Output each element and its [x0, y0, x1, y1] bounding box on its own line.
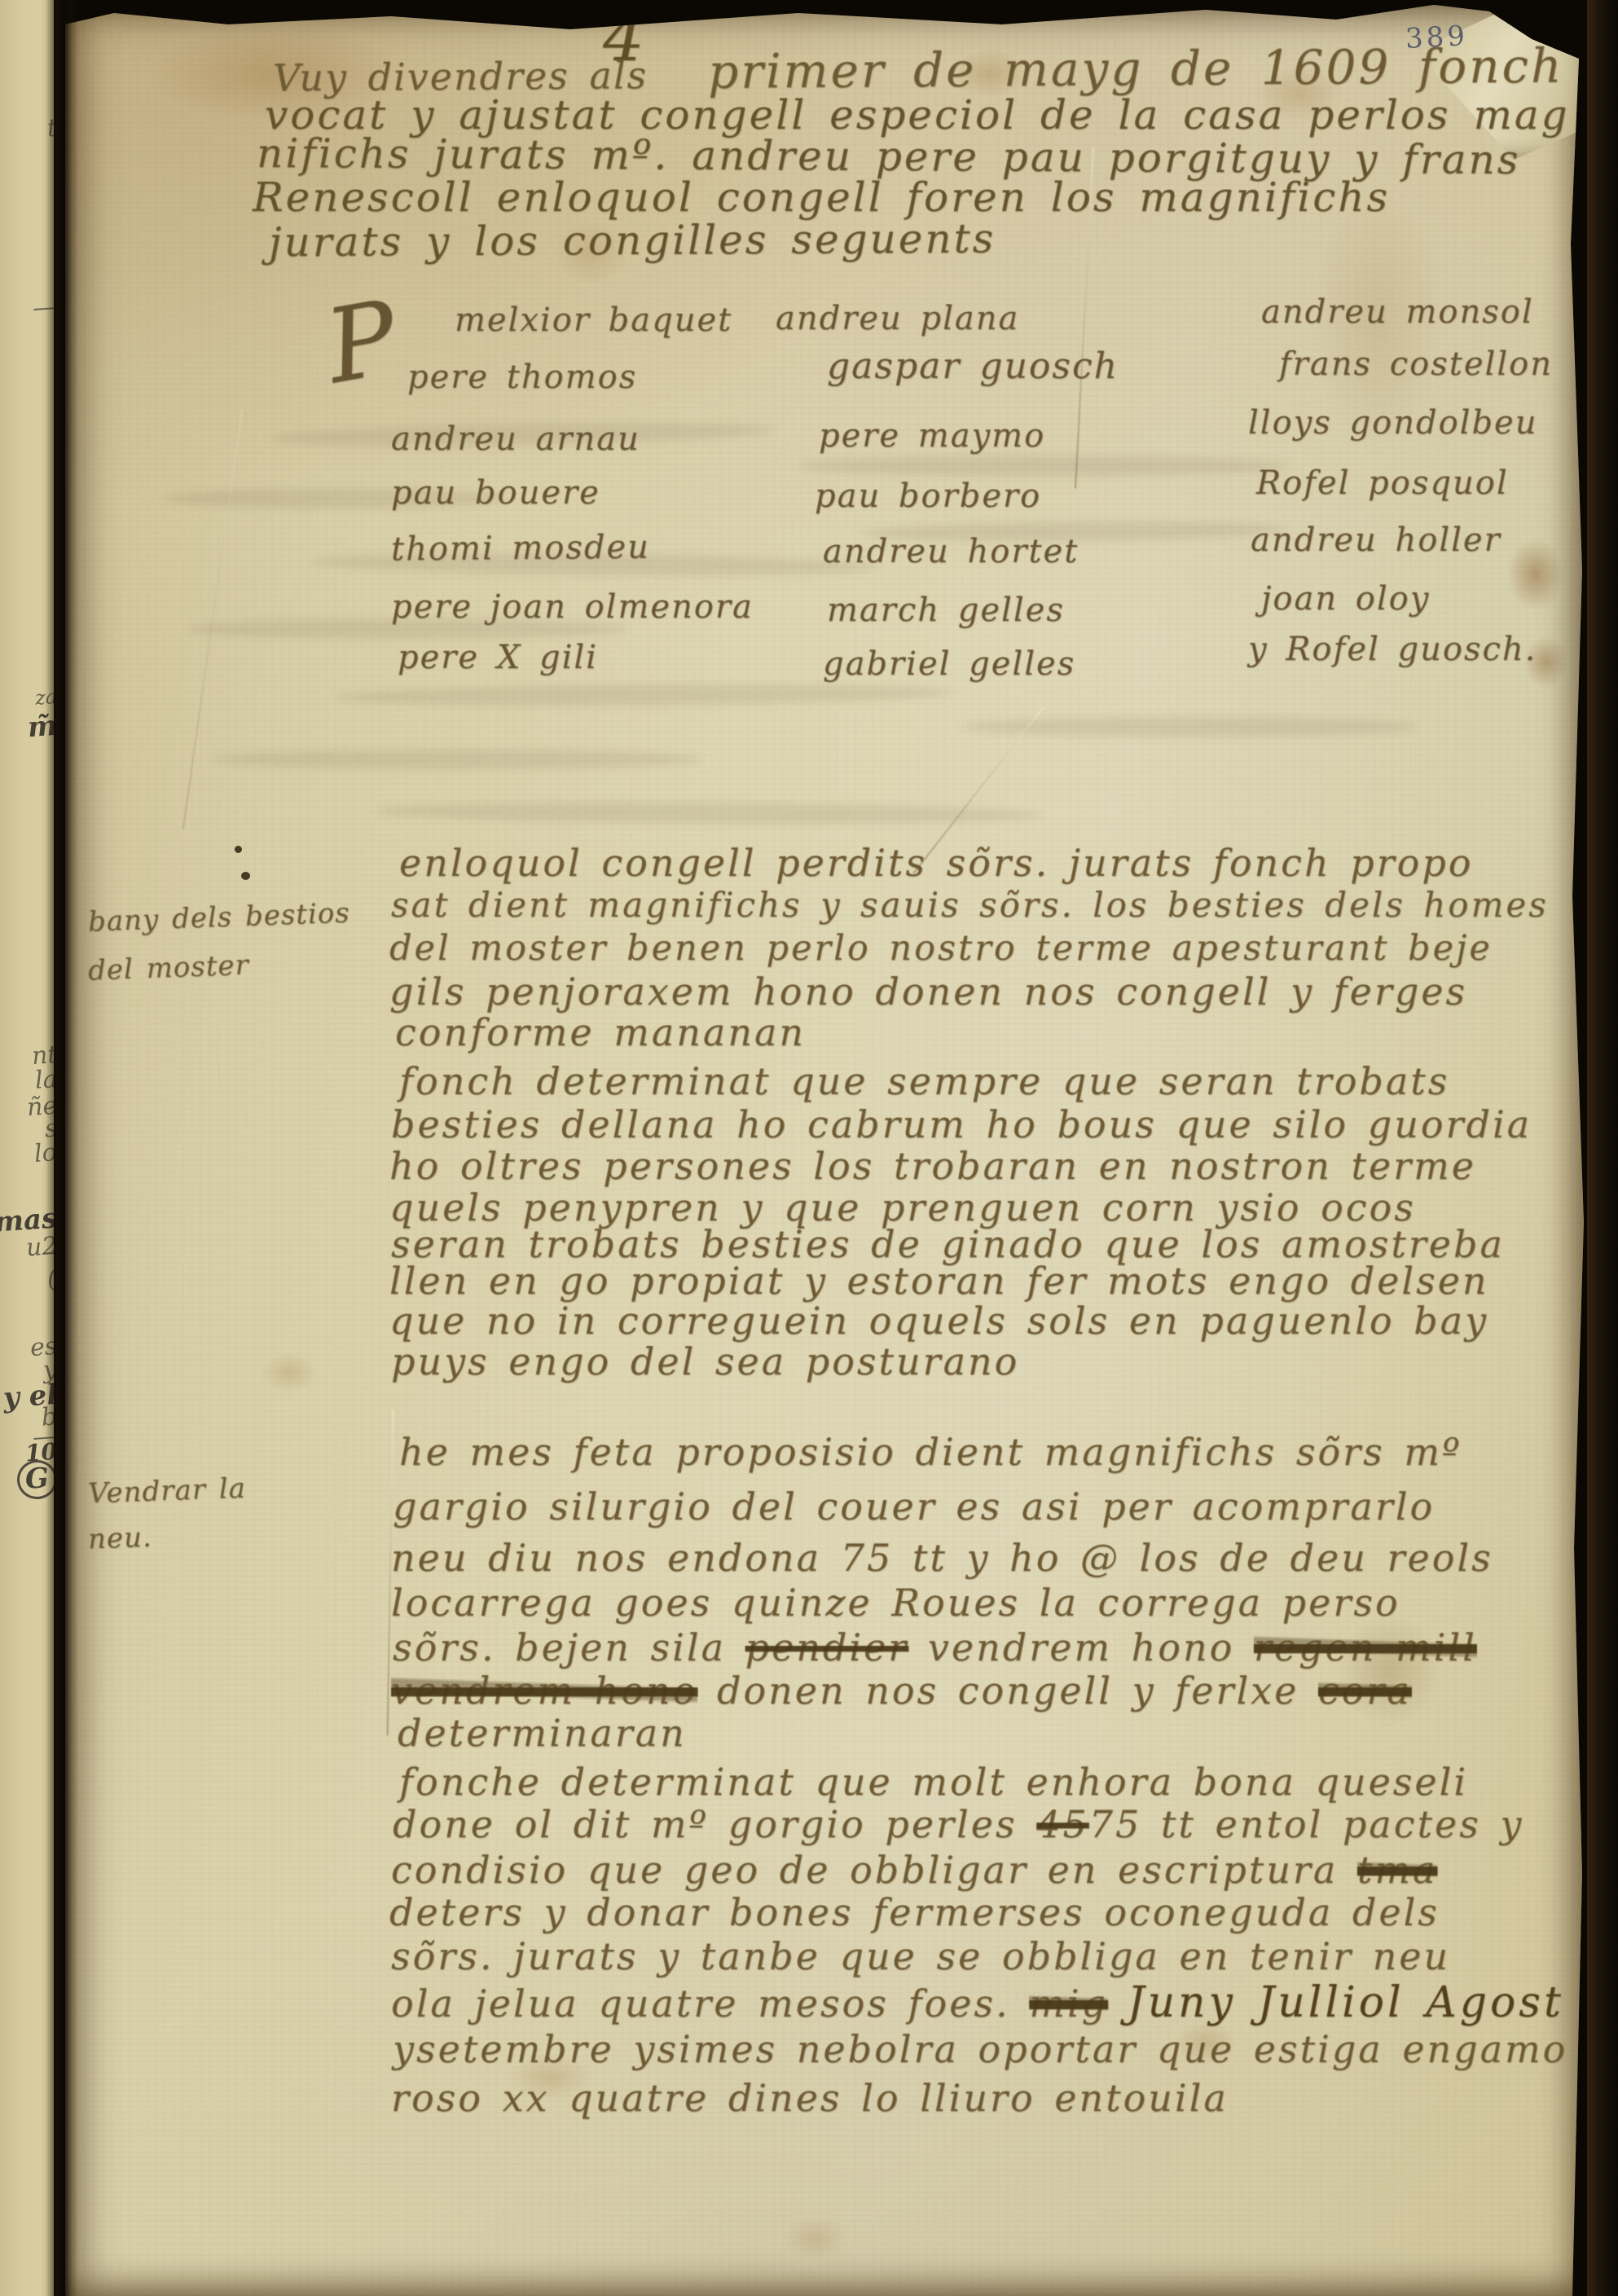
attendee-name: lloys gondolbeu [1248, 404, 1537, 442]
attendee-name: andreu monsol [1261, 293, 1534, 331]
resolution-neu-line: roso xx quatre dines lo lliuro entouila [391, 2076, 1229, 2120]
attendee-name: pere maymo [819, 417, 1045, 455]
proposal-neu-line: determinaran [398, 1711, 687, 1755]
attendee-name: pere thomos [407, 358, 637, 396]
proposal-neu-line: neu diu nos endona 75 tt y ho @ los de d… [391, 1536, 1493, 1580]
struck-text: tma [1357, 1848, 1438, 1892]
struck-text: 45 [1036, 1802, 1089, 1846]
proposal-neu-line: he mes feta proposisio dient magnifichs … [399, 1430, 1462, 1474]
resolution-neu-line-struck: done ol dit mº gorgio perles 4575 tt ent… [393, 1802, 1523, 1846]
proposal-neu-line: gargio silurgio del couer es asi per aco… [393, 1484, 1435, 1528]
attendee-name: pau borbero [815, 477, 1041, 515]
resolution-neu-line: ysetembre ysimes nebolra oportar que est… [393, 2027, 1567, 2071]
attendee-name: andreu hortet [823, 533, 1079, 570]
proposal-bestiar-line: gils penjoraxem hono donen nos congell y… [389, 970, 1467, 1014]
proposal-bestiar-line: del moster benen perlo nostro terme apes… [389, 928, 1493, 969]
attendee-name: march gelles [827, 592, 1065, 629]
proposal-neu-line-struck: vendrem hono donen nos congell y ferlxe … [391, 1669, 1412, 1713]
resolution-bestiar-line: puys engo del sea posturano [391, 1339, 1019, 1383]
month-names: Juny Julliol Agost [1128, 1978, 1564, 2027]
attendee-name: gabriel gelles [823, 645, 1075, 683]
folio-number: 389 [1405, 20, 1469, 55]
text-segment: sõrs. bejen sila [393, 1625, 745, 1669]
attendee-name: thomi mosdeu [391, 529, 650, 569]
proposal-bestiar-line: sat dient magnifichs y sauis sõrs. los b… [391, 885, 1549, 925]
text-segment: ola jelua quatre mesos foes. [391, 1982, 1029, 2025]
resolution-neu-line-struck: condisio que geo de obbligar en escriptu… [391, 1848, 1437, 1892]
text-segment: 75 tt entol pactes y [1089, 1802, 1524, 1846]
struck-text: cora [1318, 1669, 1412, 1713]
struck-text: mig [1029, 1982, 1108, 2025]
attendee-name: Rofel posquol [1256, 464, 1509, 502]
manuscript-scan: t — za m̃ nt la ñe s lo mas u2 ( es y y … [0, 0, 1618, 2296]
struck-text: regen mill [1254, 1625, 1477, 1669]
resolution-bestiar-line: que no in correguein oquels sols en pagu… [389, 1299, 1488, 1343]
margin-note-bestiar-line-2: del moster [87, 949, 249, 987]
attendee-name: y Rofel guosch. [1248, 631, 1537, 668]
resolution-bestiar-line: ho oltres persones los trobaran en nostr… [389, 1144, 1476, 1188]
proposal-neu-line-struck: sõrs. bejen sila pendier vendrem hono re… [393, 1625, 1477, 1669]
struck-text: pendier [745, 1625, 909, 1669]
text-segment: done ol dit mº gorgio perles [393, 1802, 1036, 1846]
attendee-name: andreu holler [1251, 521, 1501, 559]
margin-note-neu-line-1: Vendrar la [87, 1472, 246, 1511]
text-segment: condisio que geo de obbligar en escriptu… [391, 1848, 1357, 1892]
attendee-name: melxior baquet [455, 301, 732, 339]
attendee-name: pau bouere [391, 474, 600, 512]
attendee-name: gaspar guosch [827, 345, 1119, 387]
attendee-name: andreu plana [776, 300, 1019, 337]
opening-line-5: jurats y los congilles seguents [269, 215, 996, 266]
text-segment: vendrem hono [908, 1625, 1254, 1669]
attendee-name: pere joan olmenora [391, 588, 754, 626]
struck-text: vendrem hono [391, 1669, 697, 1713]
resolution-neu-line: fonche determinat que molt enhora bona q… [399, 1760, 1468, 1804]
resolution-bestiar-line: fonch determinat que sempre que seran tr… [399, 1059, 1449, 1103]
attendee-name: andreu arnau [391, 420, 640, 458]
resolution-bestiar-line: llen en go propiat y estoran fer mots en… [389, 1259, 1489, 1303]
attendee-name: joan oloy [1261, 580, 1430, 618]
manuscript-page: 389 Vuy divendres als primer de mayg de … [65, 0, 1587, 2296]
attendee-name: frans costellon [1279, 345, 1553, 383]
resolution-neu-line-struck: ola jelua quatre mesos foes. mig Juny Ju… [391, 1978, 1564, 2027]
inserted-day-number: 4 [603, 0, 644, 76]
proposal-bestiar-line: enloquol congell perdits sõrs. jurats fo… [399, 841, 1473, 885]
attendee-name: pere X gili [398, 639, 598, 676]
binding-gutter-shadow [46, 0, 78, 2296]
proposal-neu-line: locarrega goes quinze Roues la correga p… [391, 1581, 1400, 1625]
resolution-neu-line: sõrs. jurats y tanbe que se obbliga en t… [391, 1934, 1450, 1978]
resolution-bestiar-line: besties dellana ho cabrum ho bous que si… [391, 1102, 1532, 1146]
resolution-neu-line: deters y donar bones fermerses oconeguda… [389, 1890, 1440, 1934]
text-segment: donen nos congell y ferlxe [697, 1669, 1318, 1713]
proposal-bestiar-line: conforme mananan [395, 1010, 806, 1054]
margin-note-neu-line-2: neu. [87, 1521, 152, 1556]
opening-line-4: Renescoll enloquol congell foren los mag… [253, 174, 1390, 221]
book-edge-shadow [1587, 0, 1618, 2296]
